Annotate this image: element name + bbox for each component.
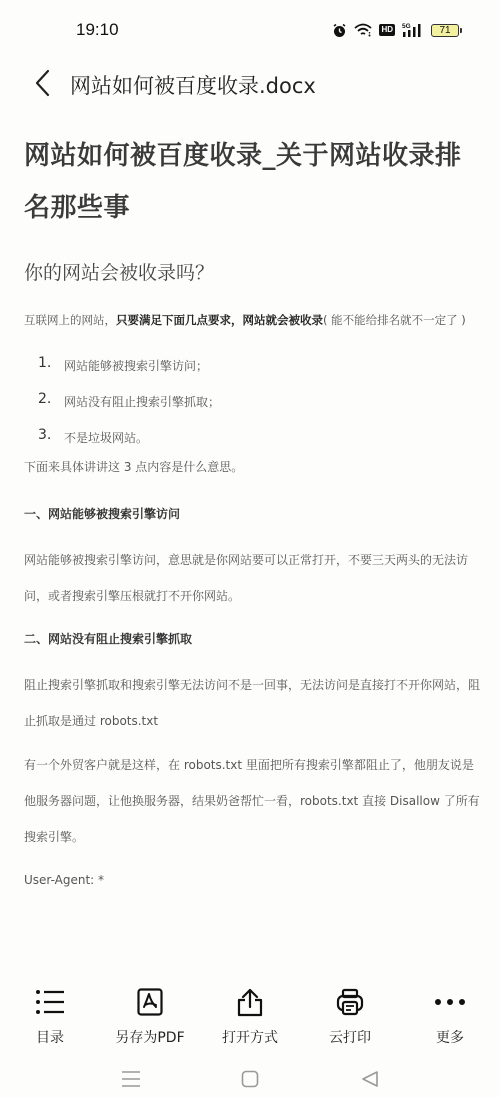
pdf-icon: [137, 988, 163, 1016]
battery-level: 71: [431, 24, 459, 37]
status-time: 19:10: [76, 20, 119, 40]
list-item: 1.网站能够被搜索引擎访问；: [38, 357, 220, 393]
section-2-heading: 二、网站没有阻止搜索引擎抓取: [24, 630, 192, 647]
requirements-list: 1.网站能够被搜索引擎访问； 2.网站没有阻止搜索引擎抓取； 3.不是垃圾网站。: [38, 357, 220, 465]
section-2-paragraph-2: 有一个外贸客户就是这样，在 robots.txt 里面把所有搜索引擎都阻止了，他…: [24, 747, 484, 855]
cloud-print-button[interactable]: 云打印: [300, 985, 400, 1055]
home-button[interactable]: [241, 1070, 259, 1092]
back-triangle-icon: [361, 1070, 379, 1088]
toc-button[interactable]: 目录: [0, 985, 100, 1055]
save-as-pdf-button[interactable]: 另存为PDF: [100, 985, 200, 1055]
document-subtitle: 你的网站会被收录吗？: [24, 258, 214, 285]
status-icons: HD 5G 71: [332, 22, 462, 38]
section-2-paragraph-1: 阻止搜索引擎抓取和搜索引擎无法访问不是一回事，无法访问是直接打不开你网站，阻止抓…: [24, 667, 484, 739]
system-back-button[interactable]: [361, 1070, 379, 1092]
section-1-heading: 一、网站能够被搜索引擎访问: [24, 505, 180, 522]
system-nav-bar: [0, 1064, 500, 1097]
intro-bold: 只要满足下面几点要求，网站就会被收录: [116, 313, 323, 327]
wifi-icon: [354, 23, 372, 37]
list-item: 2.网站没有阻止搜索引擎抓取；: [38, 393, 220, 429]
document-filename: 网站如何被百度收录.docx: [70, 70, 316, 100]
nav-bar: 网站如何被百度收录.docx: [0, 62, 500, 104]
status-bar: 19:10 HD 5G 71: [0, 0, 500, 62]
5g-signal-icon: 5G: [402, 22, 424, 38]
hd-icon: HD: [379, 24, 395, 36]
back-button[interactable]: [30, 68, 54, 98]
svg-text:5G: 5G: [402, 23, 411, 30]
document-title: 网站如何被百度收录_关于网站收录排名那些事: [24, 130, 480, 234]
printer-icon: [336, 988, 364, 1016]
more-icon: [434, 998, 466, 1006]
list-icon: [35, 989, 65, 1015]
after-list-text: 下面来具体讲讲这 3 点内容是什么意思。: [24, 458, 243, 475]
document-content[interactable]: 网站如何被百度收录_关于网站收录排名那些事 你的网站会被收录吗？ 互联网上的网站…: [24, 130, 480, 234]
code-line: User-Agent: *: [24, 862, 484, 898]
intro-paragraph: 互联网上的网站，只要满足下面几点要求，网站就会被收录( 能不能给排名就不一定了 …: [24, 312, 466, 328]
battery-icon: 71: [431, 24, 462, 37]
alarm-icon: [332, 23, 347, 38]
chevron-left-icon: [34, 69, 50, 97]
more-button[interactable]: 更多: [400, 985, 500, 1055]
home-icon: [241, 1070, 259, 1088]
open-with-button[interactable]: 打开方式: [200, 985, 300, 1055]
recent-apps-button[interactable]: [121, 1070, 141, 1092]
menu-icon: [121, 1070, 141, 1088]
section-1-paragraph: 网站能够被搜索引擎访问，意思就是你网站要可以正常打开，不要三天两头的无法访问，或…: [24, 542, 484, 614]
bottom-toolbar: 目录 另存为PDF 打开方式 云打印 更多: [0, 985, 500, 1055]
share-icon: [236, 987, 264, 1017]
